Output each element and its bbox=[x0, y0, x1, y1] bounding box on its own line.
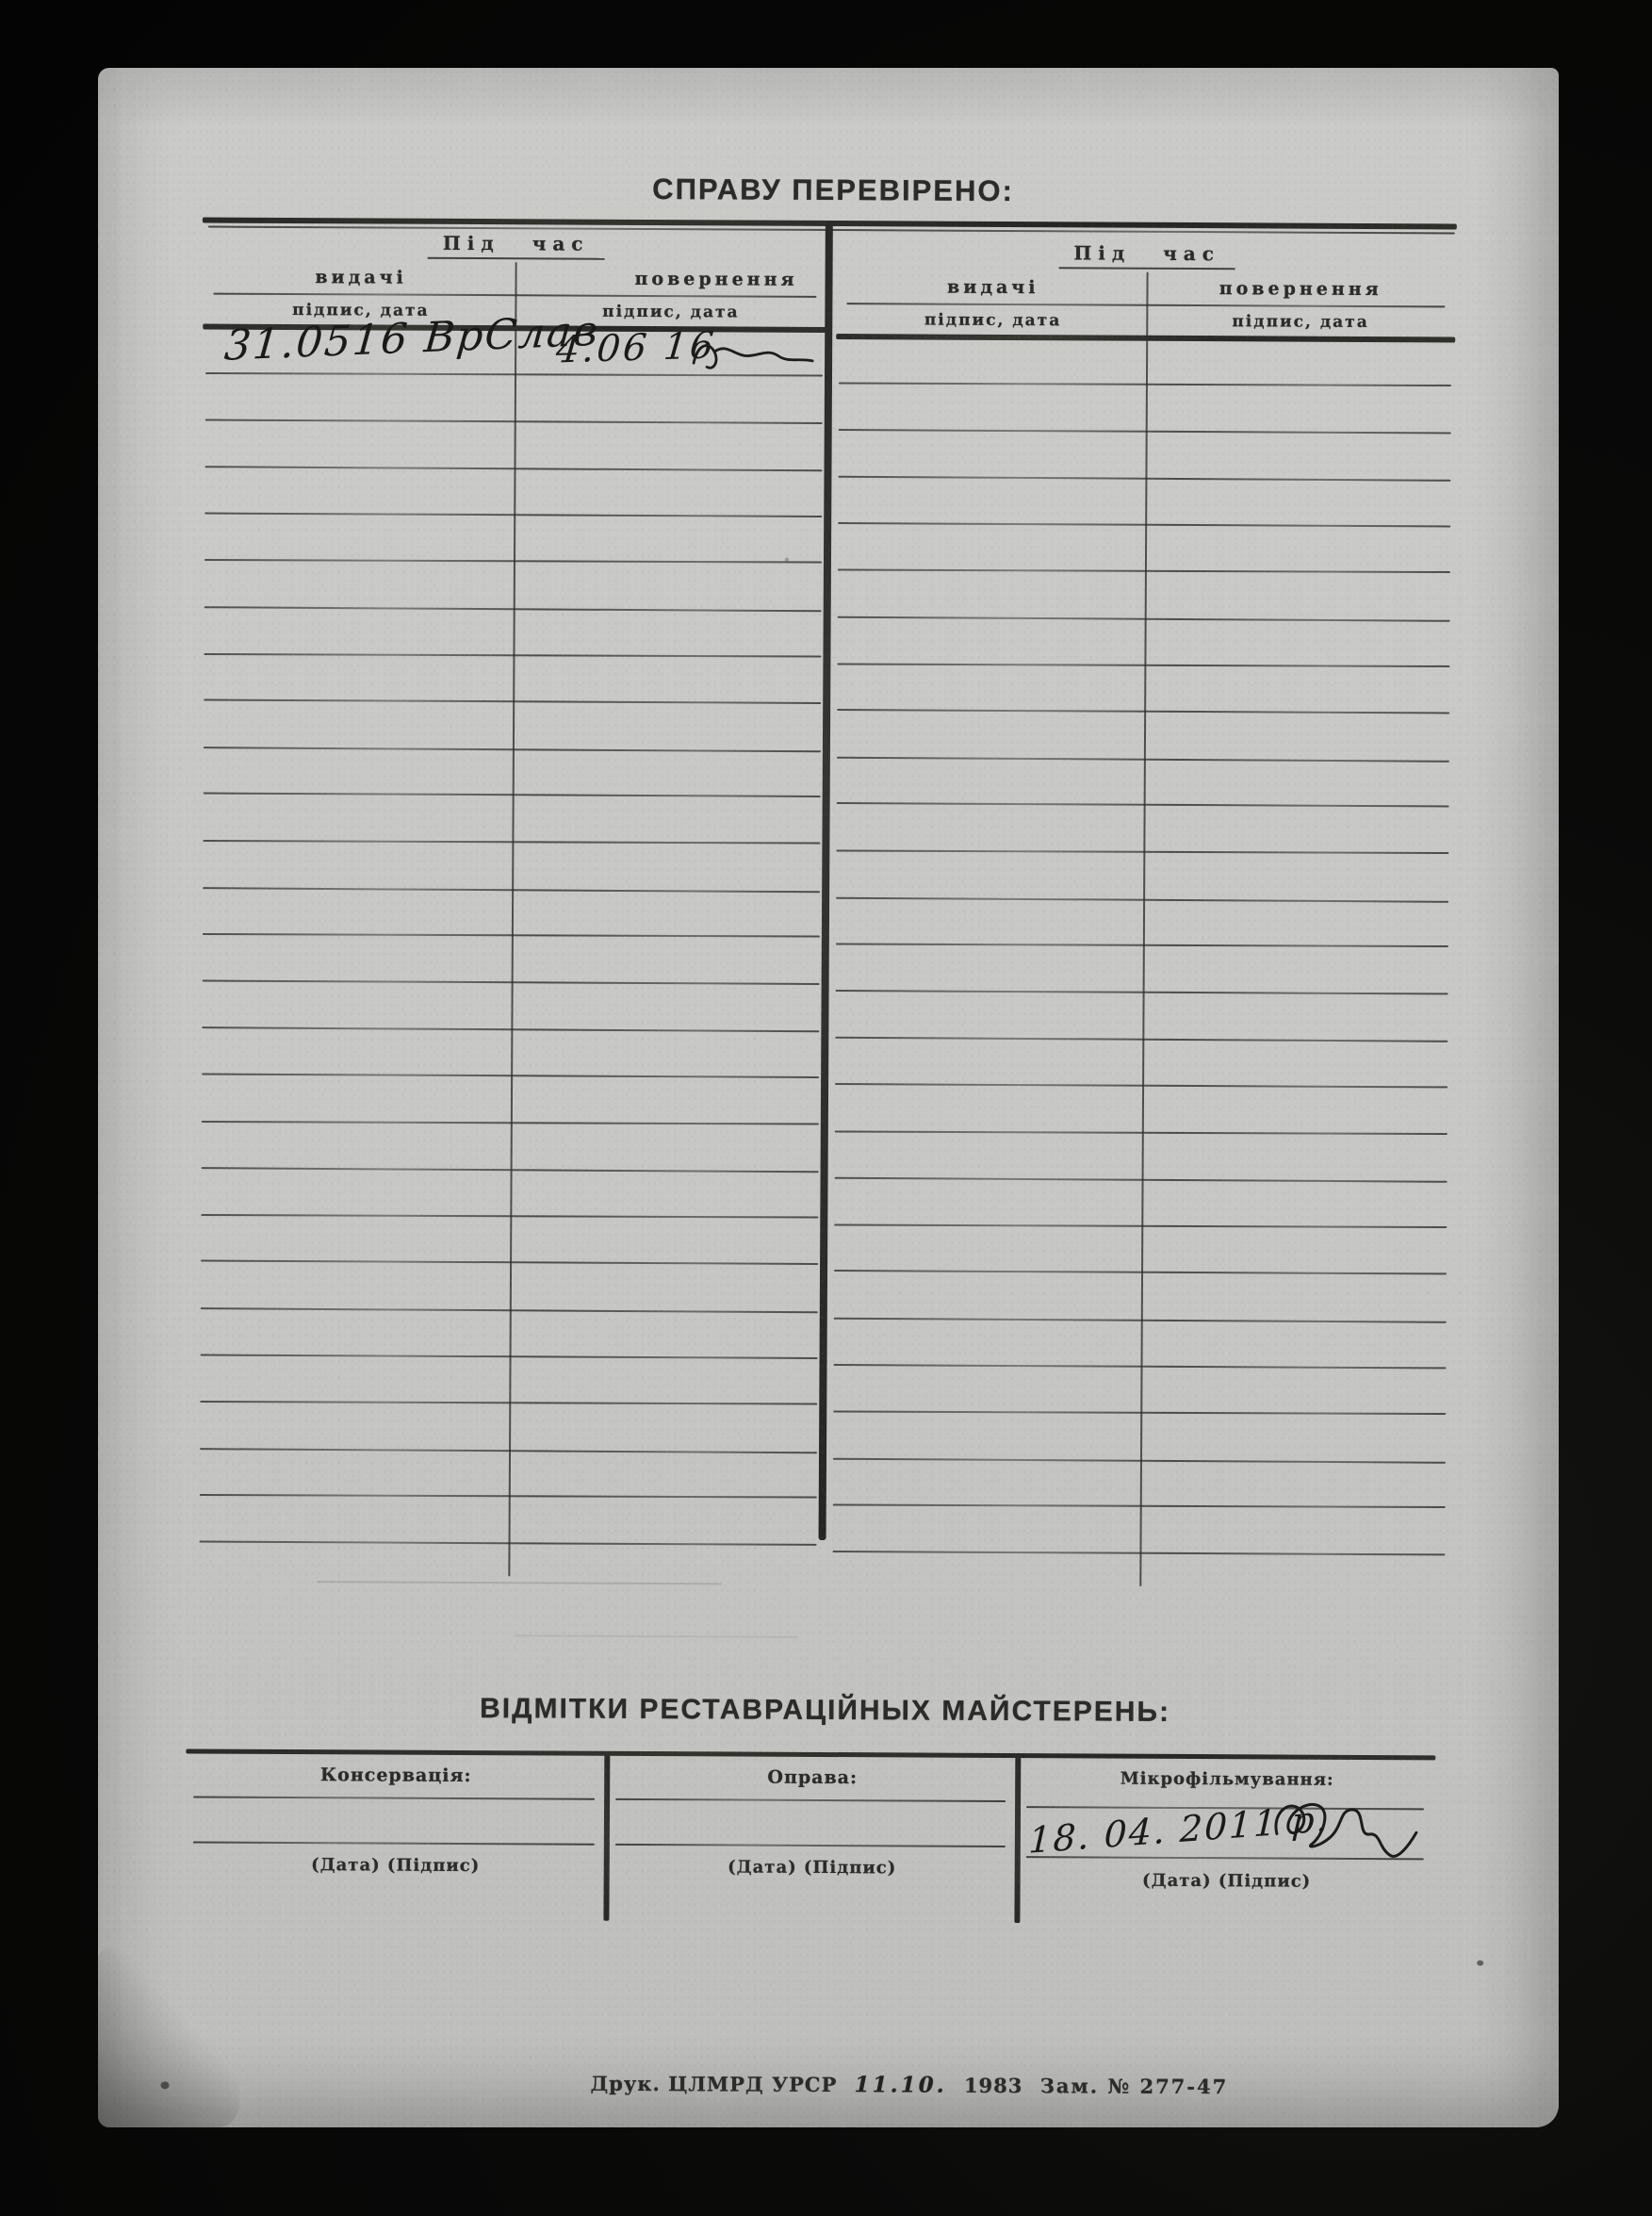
ruled-line bbox=[204, 606, 822, 612]
ruled-line bbox=[204, 747, 821, 752]
ruled-line bbox=[836, 896, 1448, 902]
ruled-line bbox=[839, 429, 1451, 434]
ruled-line bbox=[837, 663, 1449, 666]
ruled-line bbox=[833, 1411, 1446, 1415]
paper-speck bbox=[785, 558, 789, 562]
ruled-line bbox=[833, 1457, 1446, 1463]
ruled-line bbox=[203, 933, 820, 938]
binding-label: Оправа: bbox=[610, 1766, 1015, 1789]
return-signature-flourish bbox=[688, 335, 820, 377]
imprint-line: Друк. ЦЛМРД УРСР 11.10. 1983 Зам. № 277-… bbox=[590, 2071, 1174, 2099]
document-page: СПРАВУ ПЕРЕВІРЕНО: Під час видачі поверн… bbox=[98, 68, 1559, 2127]
imprint-year: 1983 bbox=[964, 2074, 1023, 2097]
writing-line bbox=[193, 1796, 595, 1799]
ruled-line bbox=[202, 1167, 819, 1173]
imprint-printer: Друк. ЦЛМРД УРСР bbox=[590, 2072, 837, 2096]
ruled-line bbox=[837, 756, 1449, 762]
ruled-line bbox=[838, 616, 1450, 622]
ruled-line bbox=[836, 849, 1448, 853]
conservation-cell: Консервація: (Дата) (Підпис) bbox=[187, 1748, 604, 2005]
ruled-line bbox=[204, 512, 822, 517]
ruled-line bbox=[839, 383, 1451, 386]
ruled-line bbox=[835, 1177, 1448, 1183]
ruled-line bbox=[205, 419, 823, 423]
ruled-line bbox=[200, 1401, 817, 1405]
ruled-line bbox=[834, 1318, 1447, 1323]
ruled-line bbox=[201, 1260, 818, 1265]
ruled-line bbox=[200, 1448, 817, 1453]
ruled-line bbox=[838, 569, 1450, 573]
ruled-line bbox=[204, 653, 821, 658]
ruled-line bbox=[201, 1214, 818, 1219]
ruled-line bbox=[203, 840, 820, 845]
page-title: СПРАВУ ПЕРЕВІРЕНО: bbox=[103, 170, 1563, 211]
check-table-right-half: Під час видачі повернення підпис, дата п… bbox=[832, 227, 1455, 1606]
ruled-line bbox=[834, 1223, 1447, 1227]
ruled-line bbox=[837, 802, 1449, 807]
ruled-line bbox=[835, 1130, 1448, 1134]
ruled-line bbox=[832, 1551, 1445, 1555]
ruled-line bbox=[200, 1494, 817, 1499]
ruled-line bbox=[834, 1270, 1447, 1274]
ruled-rows bbox=[199, 218, 826, 1597]
date-signature-caption: (Дата) (Підпис) bbox=[188, 1854, 604, 1876]
ruled-line bbox=[204, 559, 822, 564]
date-signature-caption: (Дата) (Підпис) bbox=[610, 1857, 1015, 1879]
ruled-line bbox=[201, 1354, 818, 1358]
check-table: Під час видачі повернення підпис, дата п… bbox=[199, 218, 1455, 1657]
microfilm-signature bbox=[1264, 1786, 1424, 1874]
writing-line bbox=[615, 1844, 1006, 1847]
writing-line bbox=[193, 1841, 595, 1845]
ruled-line bbox=[200, 1541, 817, 1546]
ruled-line bbox=[837, 709, 1449, 714]
ruled-line bbox=[201, 1307, 818, 1313]
paper-speck bbox=[160, 2081, 169, 2089]
conservation-label: Консервація: bbox=[188, 1764, 604, 1786]
printed-content: СПРАВУ ПЕРЕВІРЕНО: Під час видачі поверн… bbox=[92, 64, 1563, 2131]
restoration-table: Консервація: (Дата) (Підпис) Оправа: (Да… bbox=[185, 1748, 1435, 2010]
imprint-handwritten-date: 11.10. bbox=[855, 2072, 947, 2098]
ruled-rows bbox=[832, 227, 1455, 1606]
ruled-line bbox=[204, 793, 821, 797]
restoration-title: ВІДМІТКИ РЕСТАВРАЦІЙНЫХ МАЙСТЕРЕНЬ: bbox=[95, 1691, 1556, 1731]
imprint-order-number: Зам. № 277-47 bbox=[1040, 2074, 1229, 2098]
ruled-line bbox=[202, 1121, 819, 1125]
check-table-left-half: Під час видачі повернення підпис, дата п… bbox=[199, 218, 826, 1597]
ghost-line bbox=[515, 1634, 797, 1638]
ruled-line bbox=[203, 887, 820, 893]
ruled-line bbox=[836, 990, 1448, 994]
ruled-line bbox=[838, 522, 1450, 527]
ruled-line bbox=[833, 1504, 1446, 1508]
ruled-line bbox=[204, 699, 821, 704]
ruled-line bbox=[835, 1037, 1448, 1042]
ruled-line bbox=[204, 466, 822, 471]
ruled-line bbox=[203, 979, 820, 984]
binding-cell: Оправа: (Дата) (Підпис) bbox=[609, 1751, 1015, 2008]
ruled-line bbox=[836, 944, 1448, 947]
date-signature-caption: (Дата) (Підпис) bbox=[1021, 1870, 1433, 1892]
ruled-line bbox=[202, 1074, 819, 1078]
ruled-line bbox=[838, 476, 1450, 482]
ruled-line bbox=[202, 1027, 819, 1033]
ruled-line bbox=[835, 1083, 1448, 1088]
paper-speck bbox=[1477, 1961, 1483, 1966]
ruled-line bbox=[834, 1364, 1447, 1369]
microfilm-cell: Мікрофільмування: 18. 04. 2011 р. (Дата)… bbox=[1020, 1753, 1433, 2010]
writing-line bbox=[615, 1798, 1006, 1802]
